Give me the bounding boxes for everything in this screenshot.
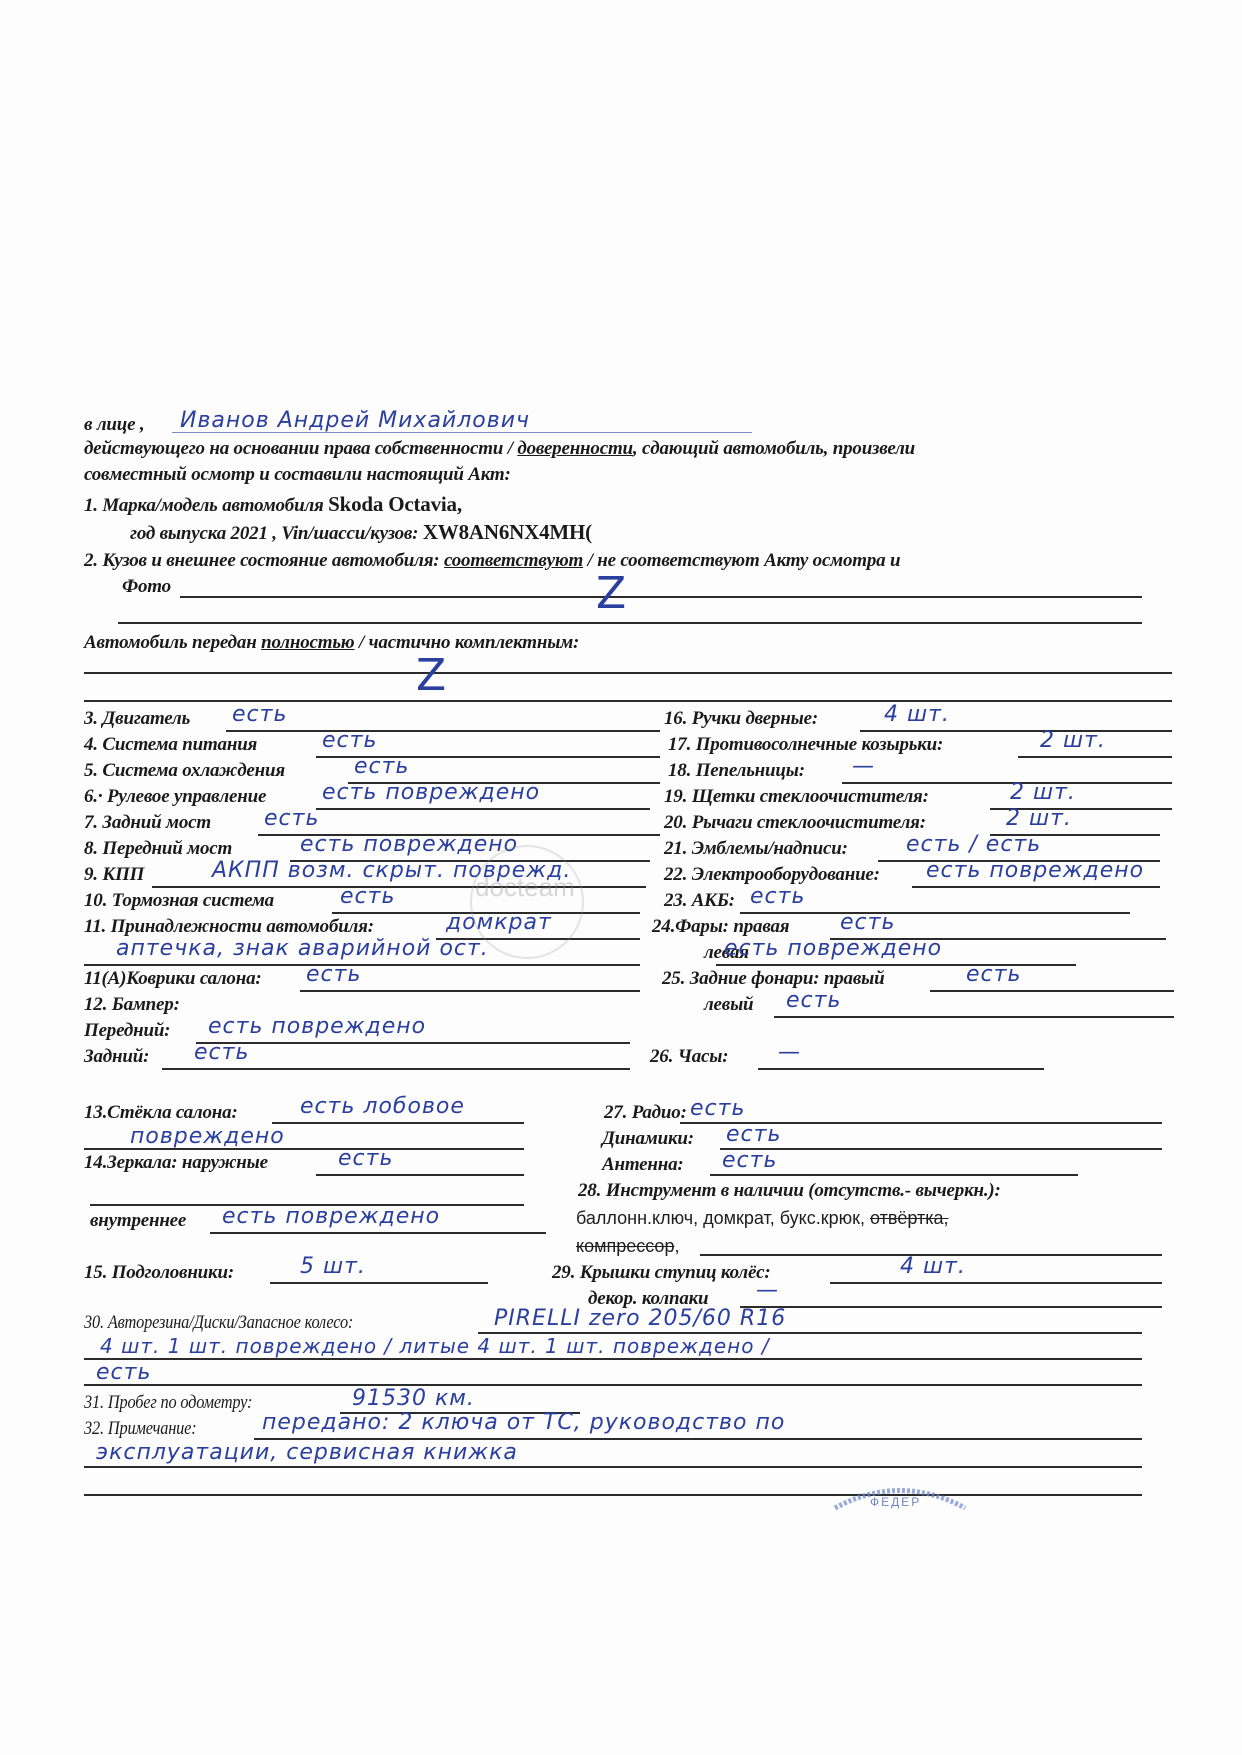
completeness-row: Автомобиль передан полностью / частично … <box>84 632 579 654</box>
right-item-value: 2 шт. <box>1010 780 1076 805</box>
left-item-line <box>84 964 640 966</box>
right-item-value: 2 шт. <box>1040 728 1106 753</box>
in-person-value: Иванов Андрей Михайлович <box>180 408 530 433</box>
left-item-value: есть <box>340 884 395 909</box>
inner-mirror-value: есть повреждено <box>222 1204 440 1229</box>
glass-line-1 <box>272 1122 524 1124</box>
right-item-label: 20. Рычаги стеклоочистителя: <box>664 812 926 834</box>
tires-value-3: есть <box>96 1360 151 1385</box>
inner-mirror-line <box>210 1232 546 1234</box>
antenna-line <box>710 1174 1078 1176</box>
left-item-value: есть повреждено <box>322 780 540 805</box>
headrests-value: 5 шт. <box>300 1254 366 1279</box>
left-item-label: Передний: <box>84 1020 170 1042</box>
left-item-value: есть <box>232 702 287 727</box>
right-item-line <box>774 1016 1174 1018</box>
tires-value-2: 4 шт. 1 шт. повреждено / литые 4 шт. 1 ш… <box>100 1334 770 1358</box>
mirrors-value: есть <box>338 1146 393 1171</box>
left-item-label: 10. Тормозная система <box>84 890 274 912</box>
speakers-value: есть <box>726 1122 781 1147</box>
photo-line-1 <box>180 596 1142 598</box>
acting-text-3: совместный осмотр и составили настоящий … <box>84 464 511 486</box>
tires-line-2 <box>84 1358 1142 1360</box>
right-item-label: 18. Пепельницы: <box>668 760 805 782</box>
left-item-line <box>300 990 640 992</box>
headrests-label: 15. Подголовники: <box>84 1262 234 1284</box>
right-item-value: есть повреждено <box>926 858 1144 883</box>
left-item-value: есть повреждено <box>300 832 518 857</box>
right-item-label: 21. Эмблемы/надписи: <box>664 838 848 860</box>
tires-line-3 <box>84 1384 1142 1386</box>
odometer-label: 31. Пробег по одометру: <box>84 1392 252 1414</box>
left-item-value: есть <box>264 806 319 831</box>
hubcaps-label: 29. Крышки ступиц колёс: <box>552 1262 771 1284</box>
z-mark-completeness: Z <box>416 650 446 701</box>
mirrors-label: 14.Зеркала: наружные <box>84 1152 268 1174</box>
in-person-label: в лице , <box>84 414 144 436</box>
right-item-label: 26. Часы: <box>650 1046 728 1068</box>
tires-label: 30. Авторезина/Диски/Запасное колесо: <box>84 1312 353 1334</box>
document-page: в лице , Иванов Андрей Михайлович действ… <box>0 0 1242 1755</box>
right-item-value: есть / есть <box>906 832 1041 857</box>
photo-line-2 <box>118 622 1142 624</box>
left-item-label: Задний: <box>84 1046 149 1068</box>
glass-label: 13.Стёкла салона: <box>84 1102 238 1124</box>
notes-value-1: передано: 2 ключа от ТС, руководство по <box>262 1410 785 1435</box>
decor-line <box>740 1306 1162 1308</box>
right-item-value: есть повреждено <box>724 936 942 961</box>
radio-value: есть <box>690 1096 745 1121</box>
stamp-text: ФЕДЕР <box>870 1495 921 1509</box>
right-item-line <box>912 886 1160 888</box>
left-item-line <box>196 1042 630 1044</box>
left-item-label: 11. Принадлежности автомобиля: <box>84 916 374 938</box>
right-item-line <box>758 1068 1044 1070</box>
right-item-value: есть <box>750 884 805 909</box>
right-item-line <box>740 912 1130 914</box>
notes-label: 32. Примечание: <box>84 1418 196 1440</box>
left-item-line <box>162 1068 630 1070</box>
tires-value-1: PIRELLI zero 205/60 R16 <box>494 1306 786 1331</box>
left-item-label: 7. Задний мост <box>84 812 211 834</box>
tools-list-2: компрессор, <box>576 1236 679 1257</box>
right-item-value: 2 шт. <box>1006 806 1072 831</box>
body-state-row: 2. Кузов и внешнее состояние автомобиля:… <box>84 550 900 572</box>
right-item-line <box>860 730 1172 732</box>
in-person-underline <box>172 432 752 433</box>
odometer-value: 91530 км. <box>352 1386 475 1411</box>
right-item-value: есть <box>786 988 841 1013</box>
tools-list: баллонн.ключ, домкрат, букс.крюк, отвёрт… <box>576 1208 949 1229</box>
left-item-label: 9. КПП <box>84 864 144 886</box>
hubcaps-value: 4 шт. <box>900 1254 966 1279</box>
completeness-line-1 <box>84 672 1172 674</box>
right-item-label: 23. АКБ: <box>664 890 735 912</box>
notes-line-2 <box>84 1466 1142 1468</box>
left-item-label: 4. Система питания <box>84 734 257 756</box>
right-item-line <box>930 990 1174 992</box>
right-item-value: — <box>852 754 875 779</box>
left-item-line <box>226 730 660 732</box>
right-item-line <box>842 782 1172 784</box>
glass-line-2 <box>84 1148 524 1150</box>
right-item-line <box>1018 756 1172 758</box>
right-item-value: есть <box>840 910 895 935</box>
left-item-value: аптечка, знак аварийной ост. <box>116 936 489 961</box>
speakers-label: Динамики: <box>602 1128 694 1150</box>
glass-value: есть лобовое <box>300 1094 465 1119</box>
vehicle-vin-row: год выпуска 2021 , Vin/шасси/кузов: XW8A… <box>130 520 592 545</box>
left-item-value: есть повреждено <box>208 1014 426 1039</box>
z-mark-body: Z <box>596 568 626 619</box>
left-item-label: 5. Система охлаждения <box>84 760 285 782</box>
hubcaps-line <box>830 1282 1162 1284</box>
watermark-text: docteam <box>475 872 575 903</box>
right-item-value: 4 шт. <box>884 702 950 727</box>
left-item-line <box>316 808 650 810</box>
inner-mirror-label: внутреннее <box>90 1210 186 1232</box>
right-item-line <box>716 964 1076 966</box>
left-item-label: 12. Бампер: <box>84 994 180 1016</box>
radio-label: 27. Радио: <box>604 1102 687 1124</box>
left-item-label: 11(А)Коврики салона: <box>84 968 262 990</box>
acting-text-1: действующего на основании права собствен… <box>84 438 915 460</box>
antenna-value: есть <box>722 1148 777 1173</box>
glass-value-2: повреждено <box>130 1124 285 1149</box>
left-item-value: есть <box>194 1040 249 1065</box>
photo-label: Фото <box>122 576 171 598</box>
left-item-value: есть <box>322 728 377 753</box>
speakers-line <box>720 1148 1162 1150</box>
mirrors-line <box>316 1174 524 1176</box>
right-item-label: 19. Щетки стеклоочистителя: <box>664 786 929 808</box>
left-item-label: 3. Двигатель <box>84 708 190 730</box>
right-item-value: есть <box>966 962 1021 987</box>
left-item-label: 8. Передний мост <box>84 838 232 860</box>
right-item-label: 16. Ручки дверные: <box>664 708 818 730</box>
left-item-value: есть <box>354 754 409 779</box>
notes-line-3 <box>84 1494 1142 1496</box>
left-item-value: есть <box>306 962 361 987</box>
vehicle-model-row: 1. Марка/модель автомобиля Skoda Octavia… <box>84 492 462 517</box>
headrests-line <box>270 1282 488 1284</box>
notes-value-2: эксплуатации, сервисная книжка <box>96 1440 518 1465</box>
right-item-label: левый <box>704 994 753 1016</box>
left-item-label: 6.· Рулевое управление <box>84 786 266 808</box>
right-item-value: — <box>778 1040 801 1065</box>
decor-value: — <box>756 1278 779 1303</box>
antenna-label: Антенна: <box>602 1154 684 1176</box>
right-item-label: 25. Задние фонари: правый <box>662 968 885 990</box>
right-item-label: 22. Электрооборудование: <box>664 864 880 886</box>
right-item-label: 17. Противосолнечные козырьки: <box>668 734 943 756</box>
tools-label: 28. Инструмент в наличии (отсутств.- выч… <box>578 1180 1001 1202</box>
right-item-label: 24.Фары: правая <box>652 916 789 938</box>
